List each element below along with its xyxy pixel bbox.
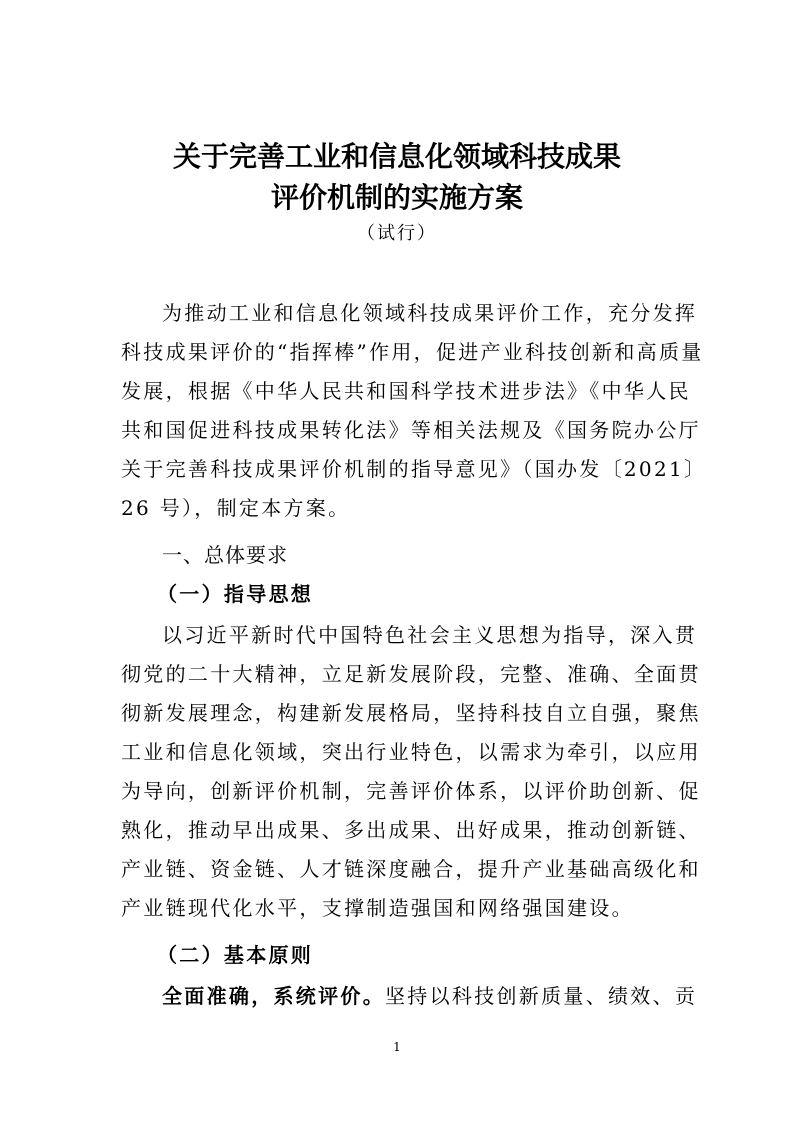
- paragraph-line: 科技成果评价的“指挥棒”作用，促进产业科技创新和高质量: [121, 338, 677, 366]
- paragraph-line: 发展，根据《中华人民共和国科学技术进步法》《中华人民: [121, 377, 677, 405]
- paragraph-line: 26 号），制定本方案。: [121, 494, 677, 522]
- subsection-heading: （一）指导思想: [157, 580, 713, 608]
- paragraph-line: 彻新发展理念，构建新发展格局，坚持科技自立自强，聚焦: [121, 699, 677, 727]
- paragraph-line: 为推动工业和信息化领域科技成果评价工作，充分发挥: [162, 299, 718, 327]
- paragraph-line: 彻党的二十大精神，立足新发展阶段，完整、准确、全面贯: [121, 660, 677, 688]
- page-number: 1: [0, 1040, 794, 1054]
- paragraph-line: 关于完善科技成果评价机制的指导意见》（国办发〔2021〕: [121, 455, 677, 483]
- paragraph-line: 共和国促进科技成果转化法》等相关法规及《国务院办公厅: [121, 416, 677, 444]
- paragraph-line: 产业链、资金链、人才链深度融合，提升产业基础高级化和: [121, 855, 677, 883]
- subsection-heading: （二）基本原则: [157, 941, 713, 969]
- paragraph-line: 以习近平新时代中国特色社会主义思想为指导，深入贯: [162, 621, 718, 649]
- principle-text: 坚持以科技创新质量、绩效、贡: [385, 984, 697, 1008]
- paragraph-line: 产业链现代化水平，支撑制造强国和网络强国建设。: [121, 894, 677, 922]
- document-title-line-2: 评价机制的实施方案: [0, 180, 794, 216]
- principle-paragraph: 全面准确，系统评价。坚持以科技创新质量、绩效、贡: [162, 982, 718, 1010]
- paragraph-line: 工业和信息化领域，突出行业特色，以需求为牵引，以应用: [121, 738, 677, 766]
- paragraph-line: 熟化，推动早出成果、多出成果、出好成果，推动创新链、: [121, 816, 677, 844]
- section-heading: 一、总体要求: [162, 541, 718, 569]
- document-title-line-1: 关于完善工业和信息化领域科技成果: [0, 139, 794, 175]
- document-subtitle: （试行）: [0, 221, 794, 247]
- principle-title: 全面准确，系统评价。: [162, 984, 385, 1008]
- paragraph-line: 为导向，创新评价机制，完善评价体系，以评价助创新、促: [121, 777, 677, 805]
